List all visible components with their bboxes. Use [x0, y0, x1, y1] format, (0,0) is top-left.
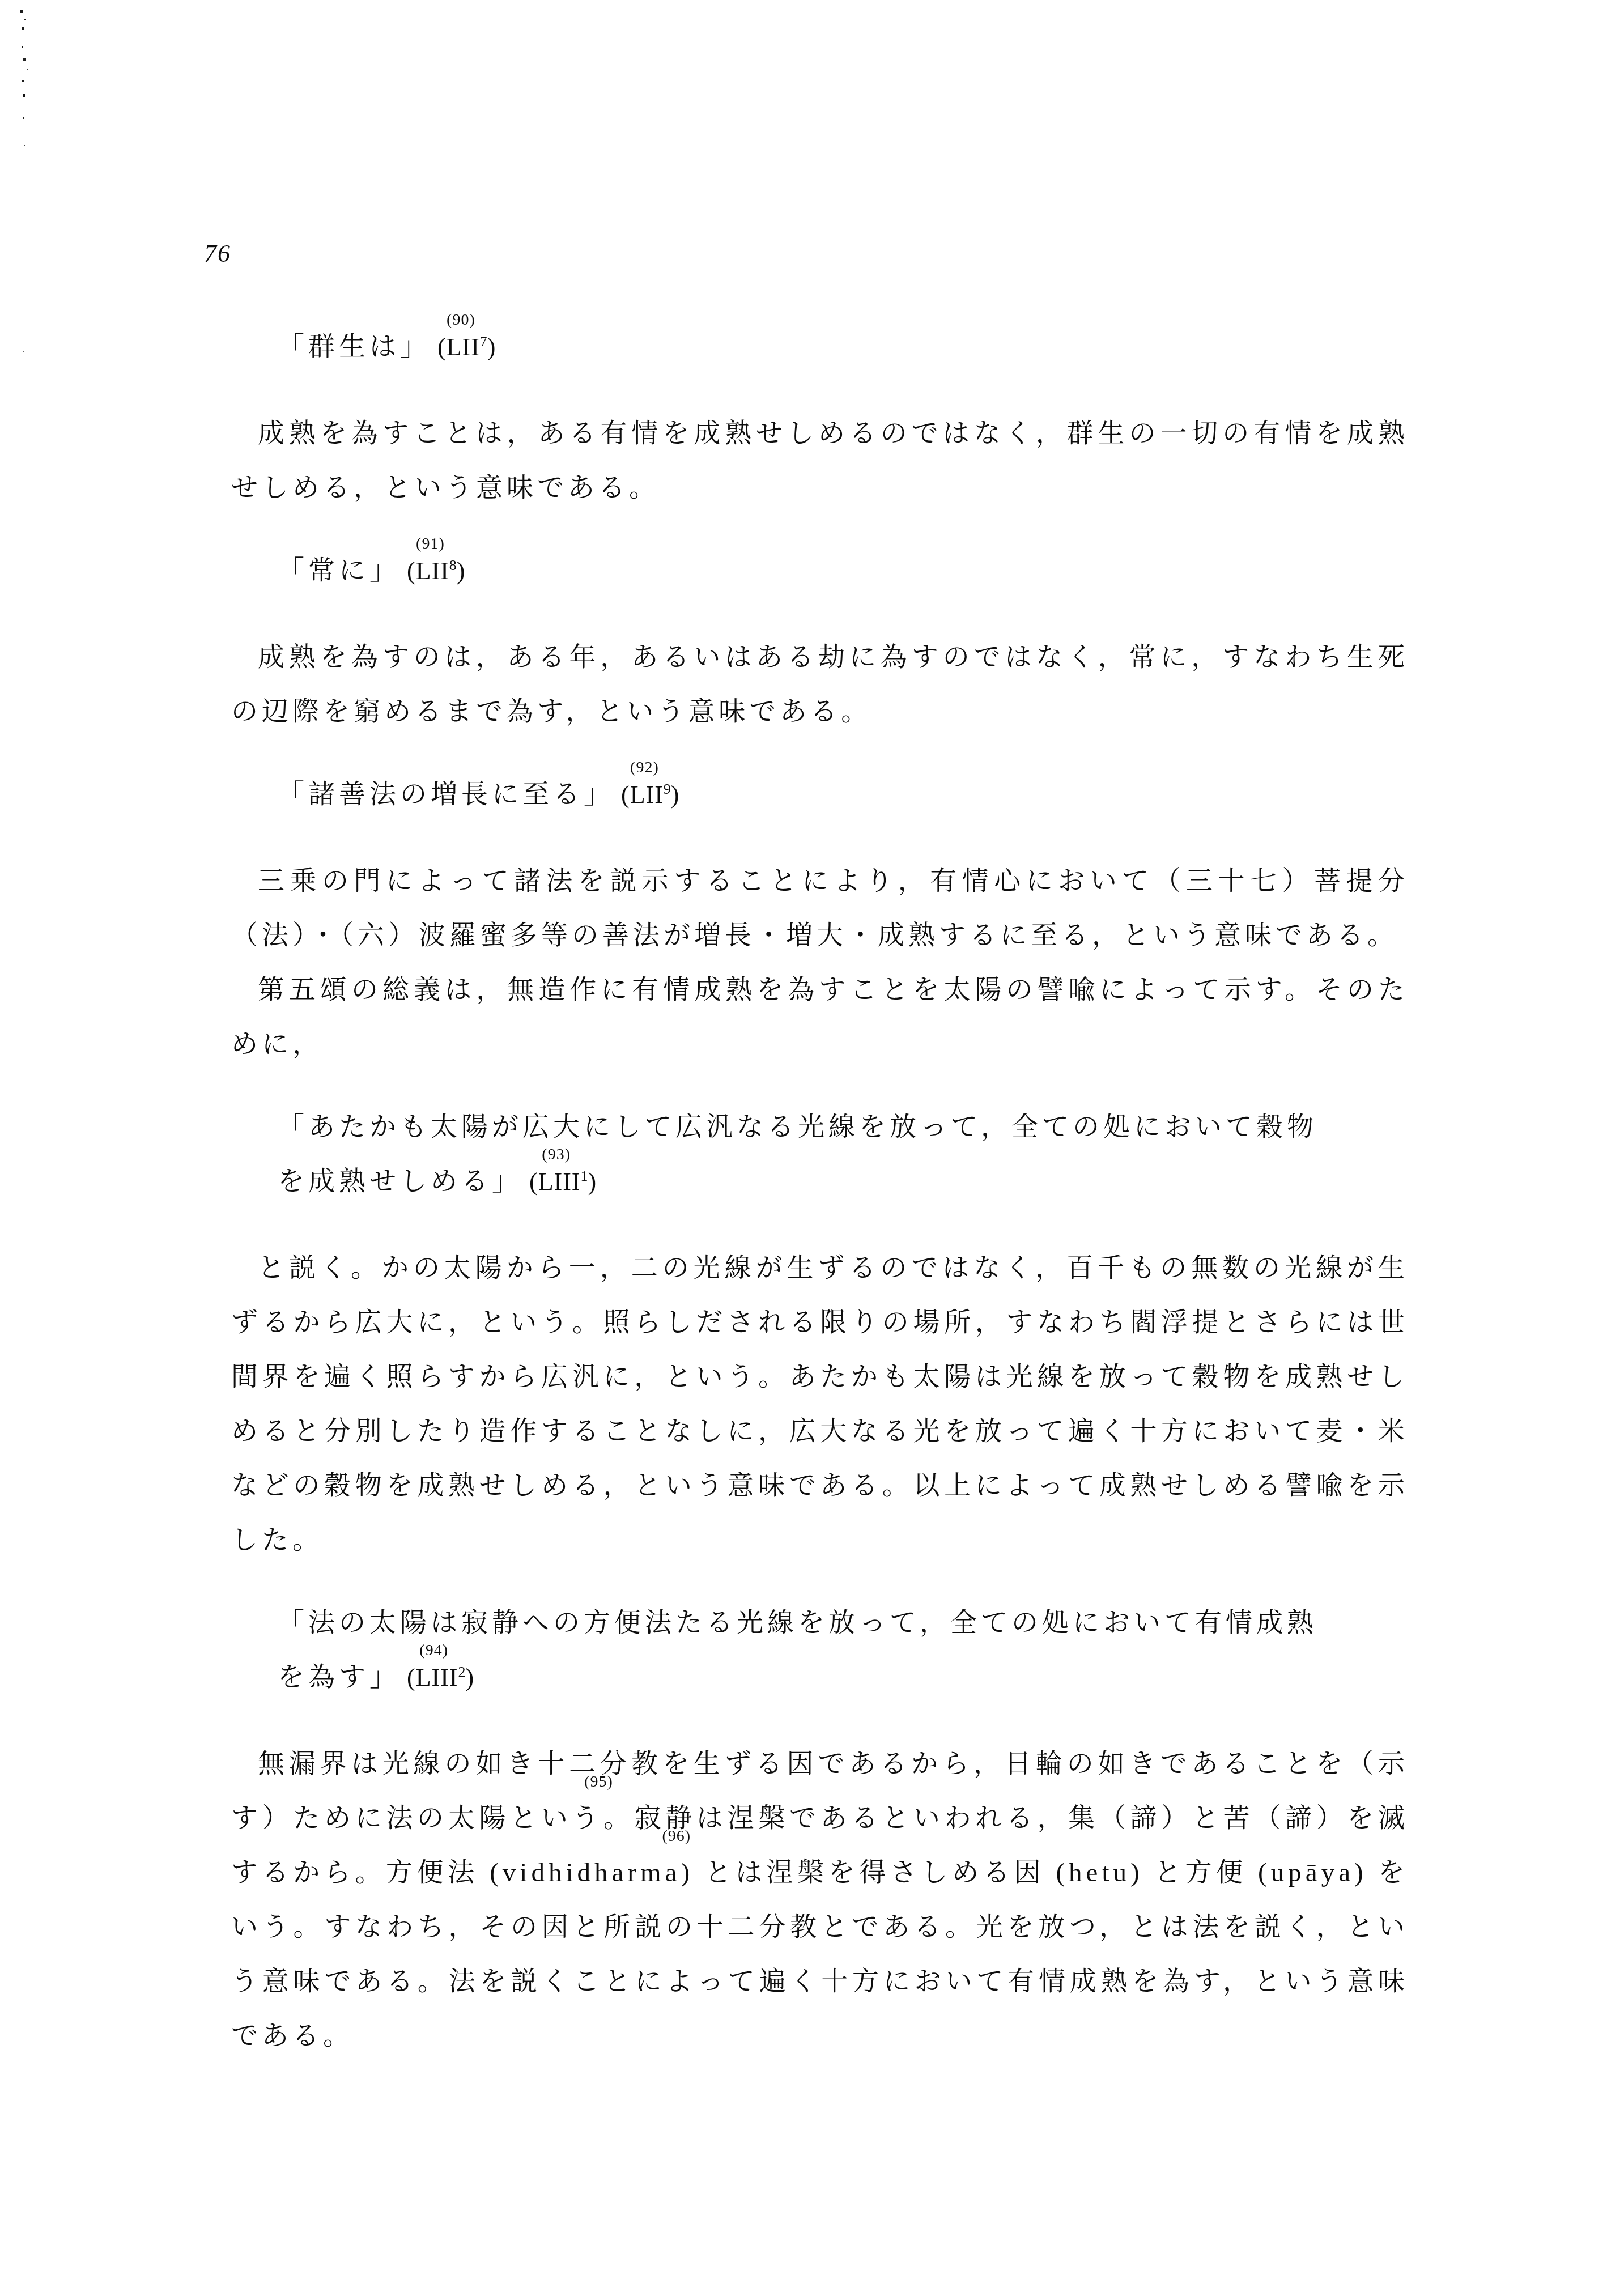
paragraph-3: 三乗の門によって諸法を説示することにより，有情心において（三十七）菩提分（法）・… [231, 854, 1409, 963]
paragraph-5: と説く。かの太陽から一，二の光線が生ずるのではなく，百千もの無数の光線が生ずるか… [231, 1241, 1409, 1567]
document-page: 76 「群生は」(90)(LII7) 成熟を為すことは，ある有情を成熟せしめるの… [0, 0, 1624, 2296]
quote-line-1: 「あたかも太陽が広大にして広汎なる光線を放って，全ての処において穀物 [278, 1112, 1317, 1142]
quote-text: 「群生は」 [278, 332, 431, 362]
page-number: 76 [204, 239, 231, 268]
citation-close: ) [588, 1168, 597, 1196]
quote-block-2: 「常に」(91)(LII8) [278, 543, 1409, 602]
footnote-marker-90: (90) [447, 293, 475, 347]
paragraph-2: 成熟を為すのは，ある年，あるいはある劫に為すのではなく，常に，すなわち生死の辺際… [231, 630, 1409, 739]
quote-text: 「常に」 [278, 556, 400, 585]
footnote-marker-93: (93) [542, 1128, 571, 1182]
citation-close: ) [466, 1664, 475, 1691]
citation: (91)(LII8) [407, 544, 466, 602]
paragraph-1: 成熟を為すことは，ある有情を成熟せしめるのではなく，群生の一切の有情を成熟せしめ… [231, 406, 1409, 515]
quote-text: 「諸善法の増長に至る」 [278, 780, 614, 809]
citation-superscript: 2 [458, 1664, 466, 1680]
footnote-marker-94: (94) [419, 1623, 448, 1678]
quote-block-1: 「群生は」(90)(LII7) [278, 320, 1409, 378]
citation-close: ) [671, 781, 680, 809]
footnote-marker-96: (96) [635, 1809, 691, 1864]
citation: (92)(LII9) [621, 768, 680, 826]
footnote-marker-91: (91) [416, 517, 445, 571]
quote-line-2: を為す」 [278, 1663, 400, 1692]
page-body-text: 「群生は」(90)(LII7) 成熟を為すことは，ある有情を成熟せしめるのではな… [231, 305, 1409, 2063]
footnote-marker-95: (95) [558, 1755, 613, 1809]
footnote-marker-92: (92) [630, 741, 659, 795]
citation: (94)(LIII2) [407, 1651, 474, 1708]
citation: (90)(LII7) [437, 320, 496, 378]
quote-block-5: 「法の太陽は寂静への方便法たる光線を放って，全ての処において有情成熟 を為す」(… [278, 1596, 1409, 1708]
citation-superscript: 9 [664, 781, 671, 797]
citation-superscript: 1 [581, 1168, 588, 1184]
scan-noise-speckles [20, 10, 23, 13]
paragraph-6: 無漏界は光線の如き十二分教を生ずる因であるから，日輪の如きであることを（示す）た… [231, 1737, 1409, 2063]
quote-line-2: を成熟せしめる」 [278, 1167, 522, 1196]
paragraph-4: 第五頌の総義は，無造作に有情成熟を為すことを太陽の譬喩によって示す。そのために， [231, 963, 1409, 1072]
citation: (93)(LIII1) [529, 1155, 597, 1213]
citation-superscript: 7 [480, 333, 487, 350]
citation-close: ) [487, 333, 496, 361]
quote-block-3: 「諸善法の増長に至る」(92)(LII9) [278, 767, 1409, 826]
quote-block-4: 「あたかも太陽が広大にして広汎なる光線を放って，全ての処において穀物 を成熟せし… [278, 1100, 1409, 1213]
citation-close: ) [457, 557, 466, 585]
citation-superscript: 8 [449, 557, 457, 573]
